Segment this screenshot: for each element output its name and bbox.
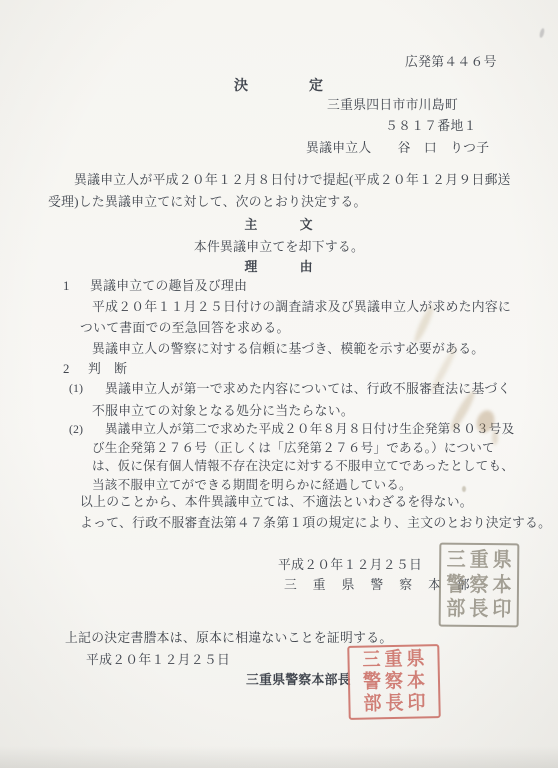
- certification-statement: 上記の決定書謄本は、原本に相違ないことを証明する。: [65, 628, 392, 649]
- certification-date: 平成２０年１２月２５日: [86, 650, 230, 671]
- seal-text-row: 部長印: [359, 694, 429, 715]
- section2-number: 2: [63, 359, 70, 380]
- intro-paragraph: 異議申立人が平成２０年１２月８日付けで提起(平成２０年１２月９日郵送受理)した異…: [48, 169, 520, 213]
- main-text-body: 本件異議申立てを却下する。: [0, 237, 558, 258]
- scanned-decision-document: 広発第４４６号 決 定 三重県四日市市川島町 ５８１７番地１ 異議申立人 谷 口…: [0, 0, 558, 768]
- ink-speck: [462, 486, 466, 492]
- seal-text-row: 三重県: [443, 550, 516, 571]
- main-text-heading: 主 文: [0, 215, 558, 236]
- reason-heading: 理 由: [0, 257, 558, 278]
- item2-text: 異議申立人が第二で求めた平成２０年８月８日付け生企発第８０３号及び生企発第２７６…: [92, 420, 520, 494]
- section1-paragraph1: 平成２０年１１月２５日付けの調査請求及び異議申立人が求めた内容について書面での至…: [80, 297, 516, 339]
- conclusion-line2: よって、行政不服審査法第４７条第１項の規定により、主文のとおり決定する。: [80, 513, 551, 534]
- decision-date: 平成２０年１２月２５日: [278, 555, 422, 576]
- recipient-address-line2: ５８１７番地１: [385, 116, 477, 137]
- section1-title: 異議申立ての趣旨及び理由: [90, 276, 247, 297]
- seal-text-row: 三重県: [358, 650, 428, 671]
- ink-speck: [539, 28, 545, 39]
- seal-text-row: 警察本: [442, 574, 515, 595]
- recipient-address-line1: 三重県四日市市川島町: [327, 95, 458, 116]
- certifier-title: 三重県警察本部長: [246, 670, 351, 691]
- document-number: 広発第４４６号: [405, 52, 497, 73]
- section1-number: 1: [63, 276, 70, 297]
- seal-text-row: 部長印: [442, 599, 515, 620]
- official-seal-upper: 三重県 警察本 部長印: [439, 543, 520, 628]
- conclusion-line1: 以上のことから、本件異議申立ては、不適法といわざるを得ない。: [80, 492, 473, 513]
- section2-title: 判 断: [88, 359, 127, 380]
- stain-mark: [492, 430, 498, 445]
- seal-text-row: 警察本: [359, 672, 429, 693]
- official-seal-lower: 三重県 警察本 部長印: [347, 644, 441, 720]
- document-title: 決 定: [0, 76, 558, 97]
- item1-number: (1): [69, 379, 83, 400]
- item2-number: (2): [69, 420, 83, 441]
- bottom-edge-shadow: [0, 746, 558, 768]
- appellant-name-line: 異議申立人 谷 口 りつ子: [306, 138, 489, 159]
